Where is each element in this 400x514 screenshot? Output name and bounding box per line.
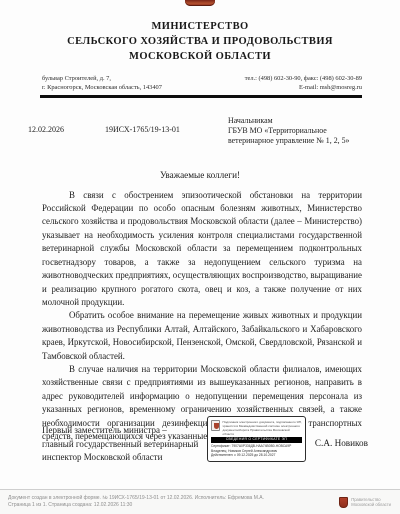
salutation: Уважаемые коллеги!: [0, 170, 400, 180]
stamp-header-line: Подлинник электронного документа, подпис…: [223, 420, 303, 424]
phone-line: тел.: (498) 602-30-90, факс: (498) 602-3…: [245, 75, 362, 84]
document-date: 12.02.2026: [28, 116, 105, 147]
footer-org: Правительство Московской области: [339, 497, 391, 508]
stamp-validity-line: Действителен: с 09.12.2025 до 28.10.2027: [211, 453, 302, 458]
signer-position-line: инспектор Московской области: [42, 451, 212, 465]
signer-position: Первый заместитель министра – главный го…: [42, 424, 212, 465]
stamp-certificate-details: Сертификат: 7907А0Р336ДВ-НАА74В0В0-НОВСА…: [211, 444, 302, 458]
footer-org-label: Правительство Московской области: [351, 497, 391, 507]
header-contacts: бульвар Строителей, д. 7, г. Красногорск…: [42, 75, 362, 92]
addressee-line: Начальникам: [228, 116, 370, 126]
footer-meta-line: Страница 1 из 1. Страница создана: 12.02…: [8, 502, 264, 509]
government-emblem-icon: [339, 497, 348, 508]
ministry-address: бульвар Строителей, д. 7, г. Красногорск…: [42, 75, 162, 92]
document-page: МИНИСТЕРСТВО СЕЛЬСКОГО ХОЗЯЙСТВА И ПРОДО…: [0, 0, 400, 514]
signer-position-line: главный государственный ветеринарный: [42, 438, 212, 452]
reference-row: 12.02.2026 19ИСХ-1765/19-13-01 Начальник…: [28, 116, 370, 147]
ministry-phone-email: тел.: (498) 602-30-90, факс: (498) 602-3…: [245, 75, 362, 92]
email-line: E-mail: msh@mosreg.ru: [245, 84, 362, 93]
electronic-signature-stamp: Подлинник электронного документа, подпис…: [207, 416, 306, 462]
footer-org-line: Московской области: [351, 502, 391, 507]
footer-meta: Документ создан в электронной форме. № 1…: [8, 495, 264, 508]
stamp-coat-of-arms-icon: [211, 420, 220, 431]
stamp-certificate-bar: СВЕДЕНИЯ О СЕРТИФИКАТЕ ЭП: [211, 437, 302, 442]
document-number: 19ИСХ-1765/19-13-01: [105, 116, 228, 147]
stamp-header: Подлинник электронного документа, подпис…: [211, 420, 302, 436]
body-paragraph: В связи с обострением эпизоотической обс…: [42, 189, 362, 310]
title-line: СЕЛЬСКОГО ХОЗЯЙСТВА И ПРОДОВОЛЬСТВИЯ: [0, 34, 400, 49]
title-line: МИНИСТЕРСТВО: [0, 19, 400, 34]
signer-position-line: Первый заместитель министра –: [42, 424, 212, 438]
footer-meta-line: Документ создан в электронной форме. № 1…: [8, 495, 264, 502]
addressee-line: ГБУВ МО «Территориальное: [228, 126, 370, 136]
address-line: бульвар Строителей, д. 7,: [42, 75, 162, 84]
ministry-title: МИНИСТЕРСТВО СЕЛЬСКОГО ХОЗЯЙСТВА И ПРОДО…: [0, 19, 400, 64]
body-paragraph: Обратить особое внимание на перемещение …: [42, 309, 362, 363]
signer-name: С.А. Новиков: [315, 438, 368, 448]
address-line: г. Красногорск, Московская область, 1434…: [42, 84, 162, 93]
header-divider: [40, 95, 362, 98]
addressee-line: ветеринарное управление № 1, 2, 5»: [228, 136, 370, 146]
stamp-header-text: Подлинник электронного документа, подпис…: [223, 420, 303, 436]
stamp-header-line: документооборота Правительства Московско…: [223, 428, 303, 436]
moscow-region-emblem-icon: [185, 0, 215, 6]
letter-body: В связи с обострением эпизоотической обс…: [42, 189, 362, 444]
document-footer: Документ создан в электронной форме. № 1…: [0, 489, 400, 514]
addressee-block: Начальникам ГБУВ МО «Территориальное вет…: [228, 116, 370, 147]
stamp-certificate-line: Сертификат: 7907А0Р336ДВ-НАА74В0В0-НОВСА…: [211, 444, 302, 449]
title-line: МОСКОВСКОЙ ОБЛАСТИ: [0, 49, 400, 64]
